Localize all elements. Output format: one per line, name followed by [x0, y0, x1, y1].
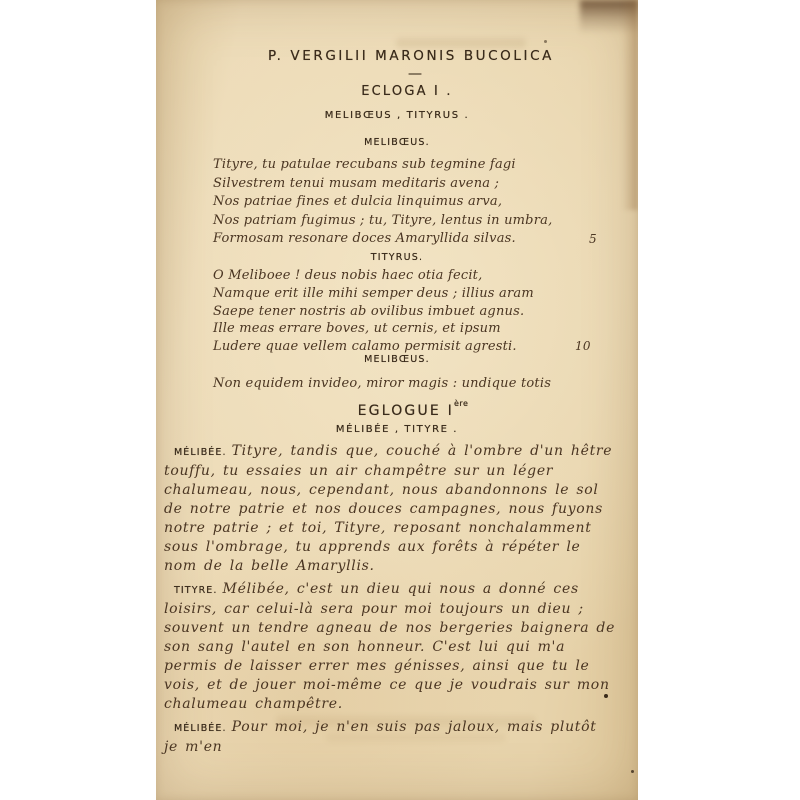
french-paragraph-tityre: TITYRE.Mélibée, c'est un dieu qui nous a…	[164, 580, 616, 714]
speaker-label: MÉLIBÉE.	[174, 723, 227, 734]
verse-line: Formosam resonare doces Amaryllida silva…	[213, 230, 613, 249]
verse-line-number: 5	[589, 230, 597, 249]
speaker-heading-tityrus: TITYRUS.	[156, 252, 638, 263]
verse-line: Namque erit ille mihi semper deus ; illi…	[213, 285, 613, 303]
speaker-label: TITYRE.	[174, 585, 218, 596]
ink-speck	[544, 40, 547, 43]
work-title: P. VERGILII MARONIS BUCOLICA	[156, 48, 638, 64]
paragraph-text: Pour moi, je n'en suis pas jaloux, mais …	[164, 719, 597, 755]
speaker-heading-melibeus-1: MELIBŒUS.	[156, 137, 638, 148]
eglogue-heading: EGLOGUE Ière	[156, 399, 638, 419]
verse-block-melibeus-1: Tityre, tu patulae recubans sub tegmine …	[213, 156, 613, 249]
paragraph-text: Mélibée, c'est un dieu qui nous a donné …	[164, 581, 615, 712]
verse-line: O Meliboee ! deus nobis haec otia fecit,	[213, 267, 613, 285]
french-cast-list: MÉLIBÉE , TITYRE .	[156, 424, 638, 435]
ecloga-heading: ECLOGA I .	[156, 84, 638, 99]
speaker-heading-melibeus-2: MELIBŒUS.	[156, 354, 638, 365]
eglogue-ordinal-superscript: ère	[454, 399, 468, 408]
verse-line: Ille meas errare boves, ut cernis, et ip…	[213, 320, 613, 338]
page-right-shadow	[622, 0, 638, 210]
french-translation: MÉLIBÉE.Tityre, tandis que, couché à l'o…	[164, 442, 616, 761]
verse-block-melibeus-2: Non equidem invideo, miror magis : undiq…	[213, 375, 613, 394]
verse-line: Nos patriae fines et dulcia linquimus ar…	[213, 193, 613, 212]
paragraph-text: Tityre, tandis que, couché à l'ombre d'u…	[164, 443, 612, 574]
ink-bleedthrough-mark	[396, 38, 526, 48]
latin-cast-list: MELIBŒUS , TITYRUS .	[156, 110, 638, 121]
verse-line: Silvestrem tenui musam meditaris avena ;	[213, 175, 613, 194]
french-paragraph-melibee-2: MÉLIBÉE.Pour moi, je n'en suis pas jalou…	[164, 718, 616, 757]
verse-line: Nos patriam fugimus ; tu, Tityre, lentus…	[213, 212, 613, 231]
manuscript-page: P. VERGILII MARONIS BUCOLICA — ECLOGA I …	[156, 0, 638, 800]
ink-speck	[631, 770, 634, 773]
verse-line: Saepe tener nostris ab ovilibus imbuet a…	[213, 303, 613, 321]
speaker-label: MÉLIBÉE.	[174, 447, 227, 458]
verse-line: Tityre, tu patulae recubans sub tegmine …	[213, 156, 613, 175]
verse-block-tityrus: O Meliboee ! deus nobis haec otia fecit,…	[213, 267, 613, 356]
photo-background: P. VERGILII MARONIS BUCOLICA — ECLOGA I …	[0, 0, 800, 800]
verse-line: Non equidem invideo, miror magis : undiq…	[213, 375, 613, 394]
title-dash: —	[156, 66, 638, 82]
french-paragraph-melibee-1: MÉLIBÉE.Tityre, tandis que, couché à l'o…	[164, 442, 616, 576]
